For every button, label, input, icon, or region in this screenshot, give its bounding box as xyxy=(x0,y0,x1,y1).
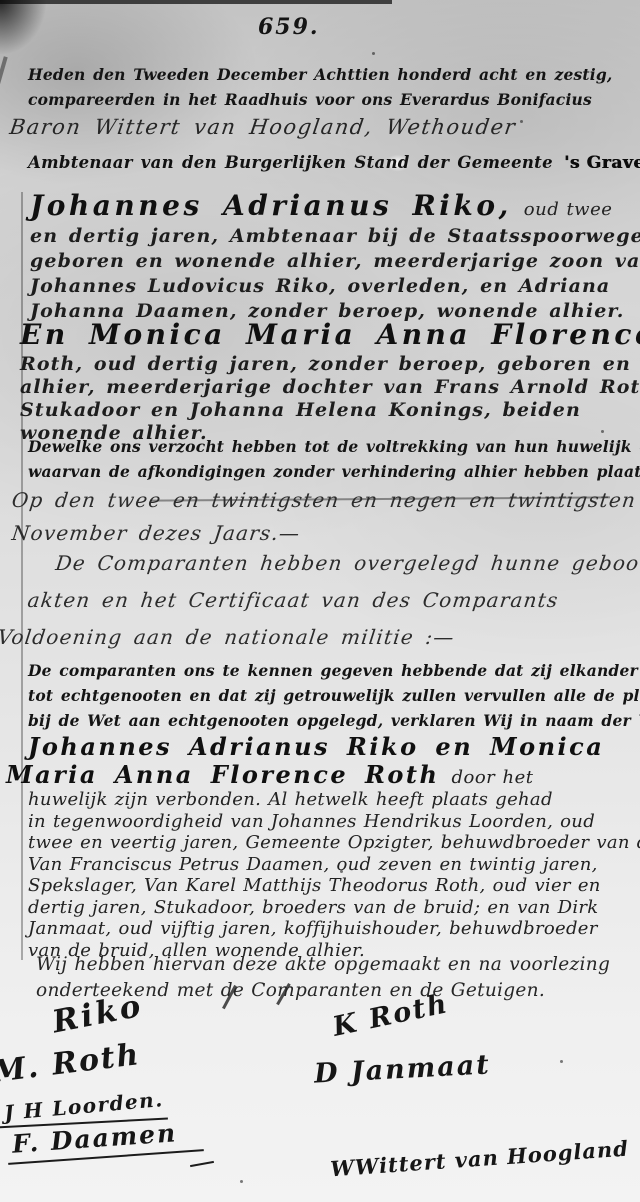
text-line: Op den twee en twintigsten en negen en t… xyxy=(10,484,640,517)
text-line: huwelijk zijn verbonden. Al hetwelk heef… xyxy=(28,789,640,811)
text-line: Dewelke ons verzocht hebben tot de voltr… xyxy=(28,434,640,459)
paragraph-bride: En Monica Maria Anna FlorenceRoth, oud d… xyxy=(20,317,640,445)
text-line: Johannes Adrianus Riko,oud twee xyxy=(30,188,640,224)
paragraph-opening: Heden den Tweeden December Achttien hond… xyxy=(28,62,640,176)
text-line: En Monica Maria Anna Florence xyxy=(20,317,640,353)
text-line: tot echtgenooten en dat zij getrouwelijk… xyxy=(28,683,640,708)
text-line: Stukadoor en Johanna Helena Konings, bei… xyxy=(20,399,640,422)
scan-mark-artifact xyxy=(0,56,8,97)
signature-witness-daamen: F. Daamen xyxy=(11,1118,178,1158)
text-line: bij de Wet aan echtgenooten opgelegd, ve… xyxy=(28,708,640,733)
text-line: Johannes Adrianus Riko en Monica xyxy=(28,733,640,761)
text-line: Heden den Tweeden December Achttien hond… xyxy=(28,62,640,87)
act-number: 659. xyxy=(258,14,320,40)
signature-witness-loorden: J H Loorden. xyxy=(3,1087,164,1125)
gravenhage-printed-text: 's Gravenhage: xyxy=(564,153,640,173)
text-line: Wij hebben hiervan deze akte opgemaakt e… xyxy=(36,952,610,978)
signature-bride: M. Roth xyxy=(0,1037,142,1090)
document-scan: 659. Heden den Tweeden December Achttien… xyxy=(0,0,640,1202)
margin-rule-line xyxy=(21,192,23,960)
scan-speck xyxy=(240,1180,243,1183)
text-line: geboren en wonende alhier, meerderjarige… xyxy=(30,249,640,274)
text-line: Johannes Ludovicus Riko, overleden, en A… xyxy=(30,274,640,299)
text-line: De comparanten ons te kennen gegeven heb… xyxy=(28,658,640,683)
text-line-tail: oud twee xyxy=(524,199,613,220)
signature-underline xyxy=(190,1161,214,1167)
scan-speck xyxy=(372,52,375,55)
text-line: in tegenwoordigheid van Johannes Hendrik… xyxy=(28,811,640,833)
scan-corner-artifact xyxy=(0,0,46,54)
text-line: en dertig jaren, Ambtenaar bij de Staats… xyxy=(30,224,640,249)
text-line: Maria Anna Florence Rothdoor het xyxy=(6,761,640,789)
scan-edge-artifact xyxy=(0,0,392,4)
signature-witness-janmaat: D Janmaat xyxy=(313,1049,491,1089)
text-line: akten en het Certificaat van des Compara… xyxy=(25,582,640,619)
text-line: Voldoening aan de nationale militie :— xyxy=(0,619,640,656)
text-line: compareerden in het Raadhuis voor ons Ev… xyxy=(28,87,640,112)
text-line: De Comparanten hebben overgelegd hunne g… xyxy=(25,545,640,582)
text-line: Ambtenaar van den Burgerlijken Stand der… xyxy=(28,150,640,176)
text-line: Van Franciscus Petrus Daamen, oud zeven … xyxy=(28,854,640,876)
text-line: alhier, meerderjarige dochter van Frans … xyxy=(20,376,640,399)
text-line: Spekslager, Van Karel Matthijs Theodorus… xyxy=(28,875,640,897)
paragraph-declaration: De comparanten ons te kennen gegeven heb… xyxy=(28,658,640,961)
paragraph-documents: De Comparanten hebben overgelegd hunne g… xyxy=(30,545,640,656)
text-line: Roth, oud dertig jaren, zonder beroep, g… xyxy=(20,353,640,376)
text-line: dertig jaren, Stukadoor, broeders van de… xyxy=(28,897,640,919)
text-line: Baron Wittert van Hoogland, Wethouder xyxy=(8,112,640,142)
text-line: twee en veertig jaren, Gemeente Opzigter… xyxy=(28,832,640,854)
text-line: Janmaat, oud vijftig jaren, koffijhuisho… xyxy=(28,918,640,940)
registrar-title-text: Ambtenaar van den Burgerlijken Stand der… xyxy=(28,153,553,172)
text-line: waarvan de afkondigingen zonder verhinde… xyxy=(28,459,640,484)
text-line-tail: door het xyxy=(451,767,533,788)
paragraph-groom: Johannes Adrianus Riko,oud tweeen dertig… xyxy=(30,188,640,324)
paragraph-banns: Dewelke ons verzocht hebben tot de voltr… xyxy=(28,434,640,550)
scan-speck xyxy=(560,1060,563,1063)
signature-official: WWittert van Hoogland xyxy=(329,1136,629,1182)
